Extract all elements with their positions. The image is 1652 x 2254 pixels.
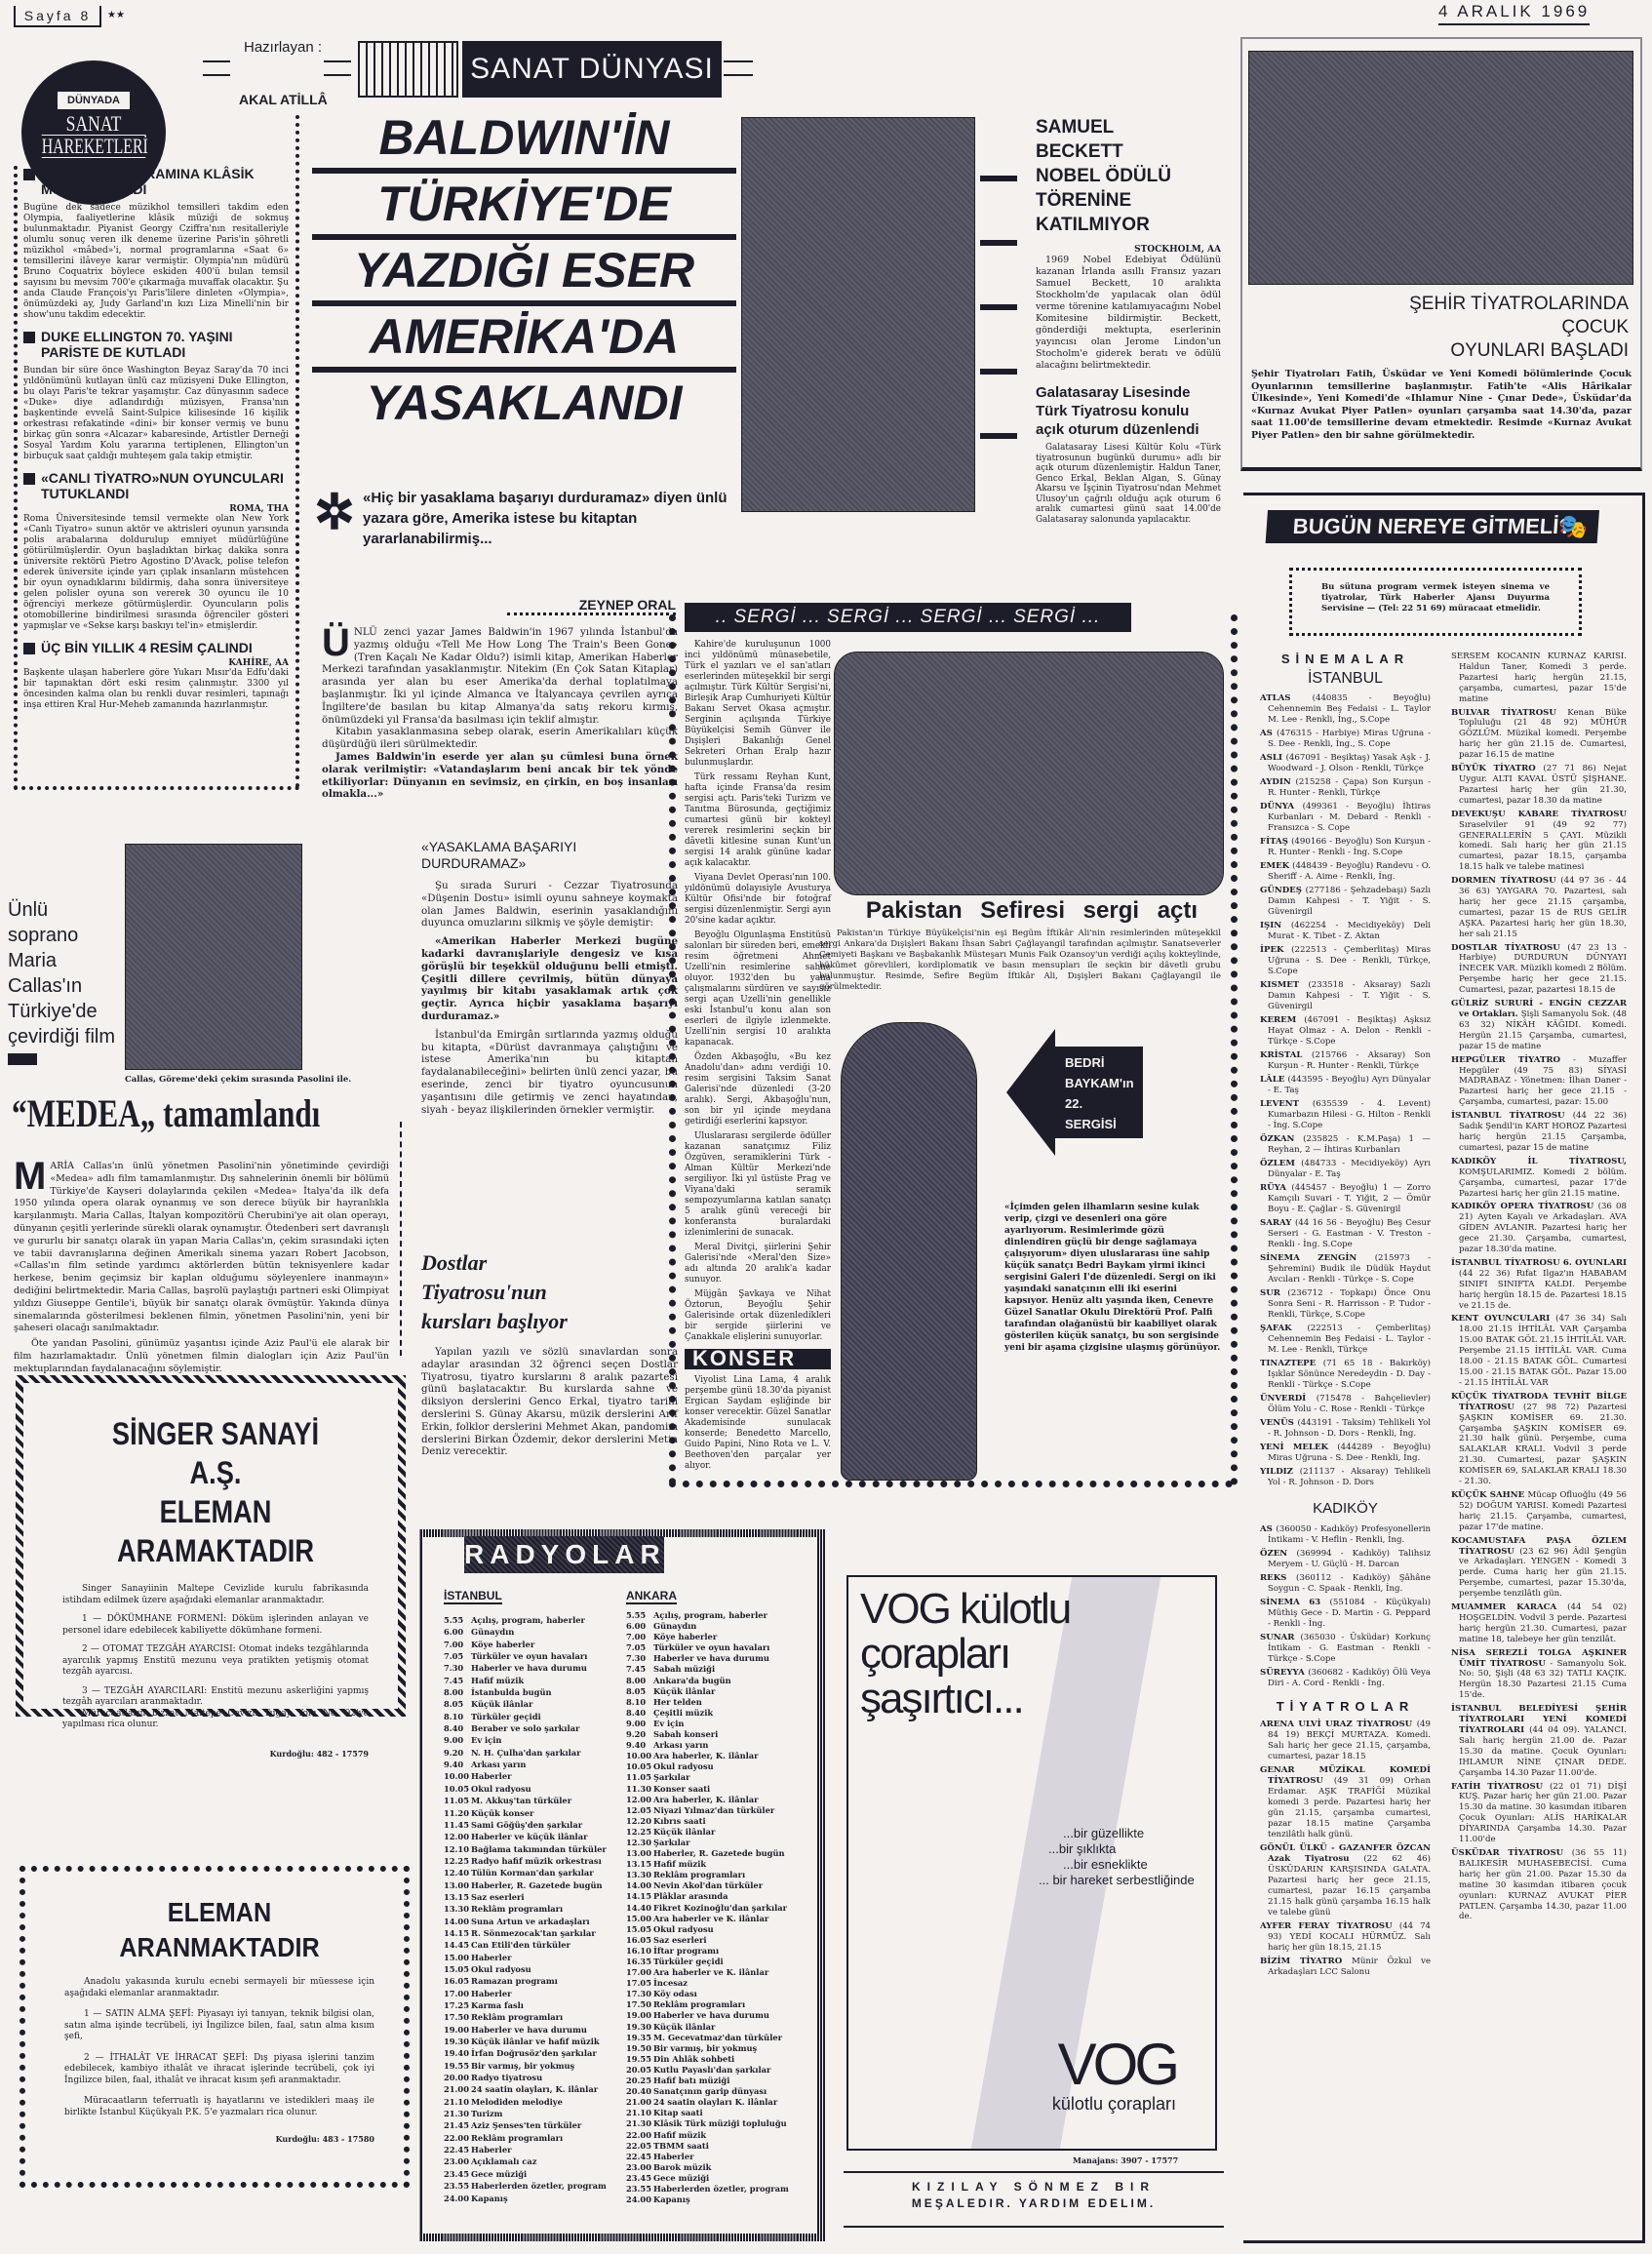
radio-row: 12.00Haberler ve küçük ilânlar — [444, 1831, 624, 1842]
radio-program: Günaydın — [653, 1621, 696, 1631]
radio-program: Haberlerden özetler, program — [653, 2184, 789, 2194]
radio-program: TBMM saati — [653, 2141, 709, 2151]
listing-entry: KÜÇÜK TİYATRODA TEVHİT BİLGE TİYATROSU (… — [1451, 1392, 1627, 1487]
radio-time: 6.00 — [444, 1626, 471, 1638]
radio-row: 10.00Haberler — [444, 1770, 624, 1782]
radio-row: 22.05TBMM saati — [626, 2141, 816, 2152]
listing-entry: BİZİM TİYATRO Münir Özkul ve Arkadaşları… — [1260, 1957, 1431, 1978]
radio-time: 8.40 — [626, 1708, 653, 1719]
listing-entry: VENÜS (443191 - Taksim) Tehlikeli Yol - … — [1260, 1418, 1431, 1440]
radio-program: Reklâm programları — [471, 2133, 563, 2143]
radio-row: 5.55Açılış, program, haberler — [626, 1610, 816, 1621]
radio-row: 9.20Sabah konseri — [626, 1729, 816, 1740]
listing-entry: ÜSKÜDAR TİYATROSU (36 55 11) BALIKESİR M… — [1451, 1848, 1627, 1922]
dostlar-article: Dostlar Tiyatrosu'nun kursları başlıyor … — [421, 1248, 678, 1458]
page-label-box: Sayfa 8 — [14, 6, 101, 27]
listing-entry: ASLI (467091 - Beşiktaş) Yasak Aşk - J. … — [1260, 753, 1431, 774]
listing-name: AS — [1260, 729, 1277, 738]
radio-row: 8.10Her telden — [626, 1697, 816, 1708]
listing-entry: FATİH TİYATROSU (22 01 71) DİŞİ KUŞ. Paz… — [1451, 1782, 1627, 1845]
radio-program: Ankara'da bugün — [653, 1676, 731, 1685]
listing-entry: MUAMMER KARACA (44 54 02) HOŞGELDİN. Vod… — [1451, 1602, 1627, 1645]
radio-program: Küçük ilânlar ve hafif müzik — [471, 2037, 600, 2046]
listing-entry: SÜREYYA (360682 - Kadıköy) Ölü Veya Diri… — [1260, 1668, 1431, 1689]
radio-program: Radyo hafif müzik orkestrası — [471, 1856, 602, 1866]
sergi-dotted-bottom — [669, 1481, 1233, 1487]
triple-rule-left — [203, 60, 230, 76]
radio-row: 9.20N. H. Çulha'dan şarkılar — [444, 1747, 624, 1759]
radio-program: Ara haberler, K. ilânlar — [653, 1751, 759, 1760]
radio-time: 7.30 — [444, 1662, 471, 1674]
radio-time: 7.30 — [626, 1653, 653, 1664]
radio-program: Çeşitli müzik — [653, 1708, 713, 1718]
radio-row: 15.05Okul radyosu — [626, 1924, 816, 1935]
listing-info: (36 55 11) BALIKESİR MUHASEBECİSİ. Cuma … — [1459, 1848, 1627, 1921]
baldwin-body-2: Kitabın yasaklanmasına sebep olarak, ese… — [322, 726, 678, 751]
radio-row: 17.00Ara haberler ve K. ilânlar — [626, 1967, 816, 1978]
radio-time: 10.05 — [444, 1783, 471, 1795]
radio-row: 9.00Ev için — [444, 1734, 624, 1746]
radio-program: Karma faslı — [471, 2000, 524, 2010]
listing-entry: NİSA SEREZLİ TOLGA AŞKINER ÜMİT TİYATROS… — [1451, 1648, 1627, 1702]
listing-name: TINAZTEPE — [1260, 1359, 1323, 1368]
radio-time: 24.00 — [626, 2195, 653, 2205]
singer-intro: Singer Sanayiinin Maltepe Cevizlide kuru… — [62, 1584, 369, 1606]
galatasaray-body: Galatasaray Lisesi Kültür Kolu «Türk tiy… — [1036, 443, 1221, 525]
radio-row: 22.00Reklâm programları — [444, 2132, 624, 2144]
radio-time: 17.00 — [444, 1988, 471, 1999]
baldwin-article-col2: «YASAKLAMA BAŞARIYI DURDURAMAZ» Şu sırad… — [421, 839, 678, 1116]
radio-program: İftar programı — [653, 1946, 719, 1956]
radio-program: Tülün Korman'dan şarkılar — [471, 1868, 594, 1878]
listing-entry: SİNEMA 63 (551084 - Küçükyalı) Müthiş Ge… — [1260, 1598, 1431, 1630]
radio-time: 19.40 — [444, 2047, 471, 2059]
radio-row: 22.45Haberler — [444, 2144, 624, 2155]
radio-time: 12.25 — [626, 1827, 653, 1838]
beckett-headline: SAMUEL BECKETT NOBEL ÖDÜLÜ TÖRENİNE KATI… — [1036, 115, 1172, 237]
radio-row: 9.00Ev için — [626, 1719, 816, 1729]
listing-entry: İSTANBUL TİYATROSU (44 22 36) Sadık Şend… — [1451, 1111, 1627, 1154]
radio-program: Saz eserleri — [653, 1935, 707, 1945]
listing-entry: FİTAŞ (490166 - Beyoğlu) Son Kurşun - R.… — [1260, 837, 1431, 858]
listing-entry: DÜNYA (499361 - Beyoğlu) İhtiras Kurbanl… — [1260, 802, 1431, 834]
listing-entry: İSTANBUL TİYATROSU 6. OYUNLARI (44 22 36… — [1451, 1258, 1627, 1312]
radio-time: 11.45 — [444, 1819, 471, 1831]
kadikoy-label: KADIKÖY — [1260, 1500, 1431, 1517]
listing-info: KOMŞULARIMIZ. Komedi 2 bölüm. Çarşamba, … — [1459, 1167, 1627, 1199]
radio-time: 15.00 — [444, 1952, 471, 1963]
radio-program: Hafif müzik — [471, 1676, 524, 1685]
radio-row: 11.05Şarkılar — [626, 1772, 816, 1783]
radio-program: Radyo tiyatrosu — [471, 2073, 542, 2082]
radio-time: 17.25 — [444, 1999, 471, 2011]
radio-program: Reklâm programları — [653, 1999, 745, 2009]
radio-program: Turizm — [471, 2109, 502, 2118]
radio-row: 6.00Günaydın — [444, 1626, 624, 1638]
news-item: DUKE ELLINGTON 70. YAŞINI PARİSTE DE KUT… — [23, 329, 289, 462]
news-body: Başkente ulaşan haberlere göre Yukarı Mı… — [23, 668, 289, 711]
news-headline: OLYMPIA PROGRAMINA KLÂSİK MÜZİĞİ DE ALDI — [23, 166, 289, 197]
radio-time: 12.00 — [626, 1795, 653, 1805]
asterisk-icon: ✲ — [314, 488, 355, 536]
radio-program: Haberler — [653, 2152, 693, 2161]
radio-program: Bağlama takımından türküler — [471, 1844, 607, 1854]
radio-program: Haberler — [471, 1771, 511, 1781]
listing-entry: HEPGÜLER TİYATRO - Muzaffer Hepgüler (49… — [1451, 1055, 1627, 1109]
listing-info: (236712 - Topkapı) Önce Onu Sonra Seni -… — [1268, 1288, 1431, 1320]
prepared-by-label: Hazırlayan : — [244, 39, 322, 56]
listing-name: ÖZLEM — [1260, 1159, 1301, 1168]
listing-entry: GENAR MÜZİKAL KOMEDİ TİYATROSU (49 31 09… — [1260, 1765, 1431, 1840]
radio-row: 23.55Haberlerden özetler, program — [444, 2180, 624, 2192]
beckett-body: 1969 Nobel Edebiyat Ödülünü kazanan İrla… — [1036, 255, 1221, 372]
badge-line2: HAREKETLERİ — [42, 135, 146, 158]
eleman-intro: Anadolu yakasında kurulu ecnebi sermayel… — [64, 1977, 374, 1999]
listing-name: BİZİM TİYATRO — [1260, 1957, 1352, 1966]
listing-name: EMEK — [1260, 861, 1292, 871]
radio-program: Konser saati — [653, 1784, 710, 1794]
baldwin-body-4: Şu sırada Sururi - Cezzar Tiyatrosunda «… — [421, 880, 678, 929]
tiyatrolar-label: TİYATROLAR — [1260, 1699, 1431, 1714]
sergi-banner: .. SERGİ ... SERGİ ... SERGİ ... SERGİ .… — [685, 603, 1131, 632]
radio-time: 12.20 — [626, 1816, 653, 1827]
radio-row: 19.00Haberler ve hava durumu — [626, 2010, 816, 2021]
radio-program: Arkası yarın — [653, 1740, 708, 1750]
radio-row: 8.40Çeşitli müzik — [626, 1708, 816, 1719]
radio-row: 24.00Kapanış — [626, 2195, 816, 2205]
radio-row: 8.05Küçük ilânlar — [626, 1686, 816, 1697]
radio-program: Açılış, program, haberler — [653, 1610, 767, 1620]
radio-time: 19.35 — [626, 2033, 653, 2043]
news-body: Bundan bir süre önce Washington Beyaz Sa… — [23, 366, 289, 462]
singer-item: 2 — OTOMAT TEZGÂH AYARCISI: Otomat indek… — [62, 1644, 369, 1679]
radio-program: Gece müziği — [653, 2173, 709, 2183]
radio-time: 15.00 — [626, 1914, 653, 1924]
listing-info: (443595 - Beyoğlu) Ayrı Dünyalar - E. Ta… — [1268, 1075, 1431, 1095]
listing-name: DEVEKUŞU KABARE TİYATROSU — [1451, 810, 1627, 819]
left-box-border-bottom — [14, 786, 299, 790]
radio-time: 10.00 — [626, 1751, 653, 1761]
sehir-body: Şehir Tiyatroları Fatih, Üsküdar ve Yeni… — [1251, 369, 1632, 442]
listing-name: YENİ MELEK — [1260, 1443, 1337, 1452]
medea-body: ARİA Callas'ın ünlü yönetmen Pasolini'ni… — [14, 1161, 389, 1333]
listing-info: (44 22 36) Rıfat Ilgaz'ın HABABAM SINIFI… — [1459, 1269, 1627, 1311]
singer-ad: SİNGER SANAYİ A.Ş. ELEMAN ARAMAKTADIR Si… — [16, 1375, 406, 1717]
radio-row: 20.05Kutlu Payaslı'dan şarkılar — [626, 2065, 816, 2076]
radio-program: Gece müziği — [471, 2169, 527, 2179]
eleman-footer: Müracaatların teferruatlı iş hayatlarını… — [64, 2096, 374, 2118]
galatasaray-headline: Galatasaray Lisesinde Türk Tiyatrosu kon… — [1036, 383, 1221, 439]
listing-entry: IŞIN (462254 - Mecidiyeköy) Deli Murat -… — [1260, 921, 1431, 942]
baldwin-headline: BALDWIN'İN TÜRKİYE'DE YAZDIĞI ESER AMERİ… — [312, 107, 736, 433]
radio-row: 17.25Karma faslı — [444, 1999, 624, 2011]
radio-row: 14.15Plâklar arasında — [626, 1891, 816, 1902]
radio-row: 12.30Şarkılar — [626, 1838, 816, 1848]
radio-program: Küçük konser — [471, 1808, 533, 1818]
listing-name: ŞAFAK — [1260, 1324, 1307, 1333]
radio-program: Haberler ve hava durumu — [653, 1653, 769, 1663]
bugun-notice: Bu sütuna program vermek isteyen sinema … — [1321, 582, 1550, 614]
radio-row: 8.05Küçük ilânlar — [444, 1698, 624, 1710]
radyo-ankara: ANKARA 5.55Açılış, program, haberler6.00… — [626, 1585, 816, 2205]
radio-row: 17.30Köy odası — [626, 1989, 816, 1999]
radio-program: Köy odası — [653, 1989, 697, 1998]
radio-program: 24 saatin olayları, K. ilânlar — [471, 2084, 598, 2094]
listing-entry: YENİ MELEK (444289 - Beyoğlu) Miras Uğru… — [1260, 1443, 1431, 1464]
radio-time: 14.00 — [626, 1880, 653, 1891]
radio-row: 8.00İstanbulda bugün — [444, 1686, 624, 1698]
radio-row: 17.05İncesaz — [626, 1978, 816, 1989]
cinema-list-kadikoy: AS (360050 - Kadıköy) Profesyonellerin İ… — [1260, 1524, 1431, 1689]
listing-entry: RÜYA (445457 - Beyoğlu) 1 — Zorro Kamçıl… — [1260, 1183, 1431, 1215]
radio-program: Haberler ve hava durumu — [471, 2025, 587, 2035]
radio-row: 11.45Sami Göğüş'den şarkılar — [444, 1819, 624, 1831]
radio-row: 20.00Radyo tiyatrosu — [444, 2072, 624, 2083]
radio-program: Haberler — [471, 2145, 511, 2155]
listing-name: ARENA ULVİ URAZ TİYATROSU — [1260, 1720, 1417, 1729]
listing-info: SERSEM KOCANIN KURNAZ KARISI. Haldun Tan… — [1451, 652, 1627, 704]
listing-entry: DOSTLAR TİYATROSU (47 23 13 - Harbiye) D… — [1451, 943, 1627, 997]
sergi-item: Viyana Devlet Operası'nın 100. yıldönümü… — [685, 873, 831, 927]
listing-entry: GÜNDEŞ (277186 - Şehzadebaşı) Sazlı Damı… — [1260, 886, 1431, 918]
bullet-square-icon — [23, 332, 35, 343]
listing-name: DORMEN TİYATROSU — [1451, 876, 1560, 886]
byline: ZEYNEP ORAL — [507, 597, 676, 615]
radio-time: 9.40 — [444, 1759, 471, 1770]
radio-program: R. Sönmezocak'tan şarkılar — [471, 1928, 596, 1938]
listing-entry: SERSEM KOCANIN KURNAZ KARISI. Haldun Tan… — [1451, 652, 1627, 705]
listing-entry: ARENA ULVİ URAZ TİYATROSU (49 84 19) BEK… — [1260, 1720, 1431, 1762]
radio-time: 7.45 — [444, 1675, 471, 1686]
radio-program: Sabah müziği — [653, 1664, 715, 1674]
radio-program: Kapanış — [471, 2194, 508, 2203]
radio-time: 21.10 — [626, 2108, 653, 2118]
radio-row: 9.40Arkası yarın — [626, 1740, 816, 1751]
singer-title-1: SİNGER SANAYİ A.Ş. — [86, 1414, 346, 1492]
radio-time: 20.00 — [444, 2072, 471, 2083]
radio-row: 13.00Haberler, R. Gazetede bugün — [626, 1848, 816, 1859]
news-headline: «CANLI TİYATRO»NUN OYUNCULARI TUTUKLANDI — [23, 470, 289, 501]
baldwin-body-1: NLÜ zenci yazar James Baldwin'in 1967 yı… — [322, 626, 678, 726]
baykam-body: «İçimden gelen ilhamların sesine kulak v… — [1004, 1202, 1224, 1354]
radio-time: 20.40 — [626, 2086, 653, 2097]
radio-program: Beraber ve solo şarkılar — [471, 1723, 579, 1733]
radio-row: 5.55Açılış, program, haberler — [444, 1614, 624, 1626]
radio-program: Plâklar arasında — [653, 1891, 728, 1901]
radio-program: İstanbulda bugün — [471, 1687, 552, 1697]
radio-time: 13.30 — [444, 1903, 471, 1915]
listing-name: FİTAŞ — [1260, 837, 1291, 847]
listing-name: VENÜS — [1260, 1418, 1297, 1428]
singer-footer: Müracaatların bizzat Maltepe Cevizli Tug… — [62, 1709, 369, 1731]
listing-name: LÂLE — [1260, 1075, 1287, 1085]
listing-entry: DEVEKUŞU KABARE TİYATROSU Sıraselviler 9… — [1451, 810, 1627, 873]
radio-program: Fikret Kozinoğlu'dan şarkılar — [653, 1903, 787, 1913]
triple-rule-mid — [324, 60, 351, 76]
news-headline: ÜÇ BİN YILLIK 4 RESİM ÇALINDI — [23, 640, 289, 655]
radio-program: Haberler — [471, 1953, 511, 1962]
listing-info: (448439 - Beyoğlu) Randevu - O. Sheriff … — [1268, 861, 1431, 882]
radio-row: 9.40Arkası yarın — [444, 1759, 624, 1770]
bullet-square-icon — [23, 169, 35, 180]
radio-row: 17.50Reklâm programları — [626, 1999, 816, 2010]
dropcap: M — [14, 1161, 46, 1192]
radio-row: 21.0024 saatin olayları K. ilânlar — [626, 2097, 816, 2108]
radio-row: 20.25Hafif batı müziği — [626, 2076, 816, 2086]
baldwin-body-5: «Amerikan Haberler Merkezi bugüne kadark… — [421, 935, 678, 1023]
radio-program: Hafif müzik — [653, 2130, 706, 2140]
radio-time: 13.15 — [626, 1859, 653, 1870]
listing-info: (27 98 72) Pazartesi ŞAŞKIN KOMİSER 69. … — [1459, 1403, 1627, 1486]
theatre-list-right: SERSEM KOCANIN KURNAZ KARISI. Haldun Tan… — [1451, 652, 1627, 1922]
vog-agency: Manajans: 3907 - 17577 — [1073, 2155, 1178, 2165]
radio-time: 19.30 — [444, 2036, 471, 2047]
dostlar-headline: Dostlar Tiyatrosu'nun kursları başlıyor — [421, 1248, 616, 1336]
radio-time: 11.30 — [626, 1784, 653, 1795]
radio-program: N. H. Çulha'dan şarkılar — [471, 1748, 581, 1758]
radio-program: Haberler ve hava durumu — [471, 1663, 587, 1673]
radio-row: 19.50Bir varmış, bir yokmuş — [626, 2043, 816, 2054]
radio-time: 21.45 — [444, 2119, 471, 2131]
radio-program: Reklâm programları — [471, 1904, 563, 1914]
cinema-list-istanbul: ATLAS (440835 - Beyoğlu) Cehennemin Beş … — [1260, 693, 1431, 1488]
listing-entry: YILDIZ (211137 - Aksaray) Tehlikeli Yol … — [1260, 1467, 1431, 1488]
listing-name: YILDIZ — [1260, 1467, 1300, 1477]
radio-row: 8.10Türküler geçidi — [444, 1711, 624, 1722]
kizilay-rule-bottom — [844, 2226, 1224, 2228]
radio-row: 7.45Sabah müziği — [626, 1664, 816, 1675]
radio-row: 21.30Turizm — [444, 2108, 624, 2119]
radio-program: Türküler ve oyun havaları — [653, 1642, 769, 1652]
radio-program: Reklâm programları — [471, 2012, 563, 2022]
radio-row: 22.45Haberler — [626, 2152, 816, 2162]
radio-row: 19.00Haberler ve hava durumu — [444, 2024, 624, 2036]
listing-info: (445457 - Beyoğlu) 1 — Zorro Kamçılı Suv… — [1268, 1183, 1431, 1214]
radio-row: 10.05Okul radyosu — [444, 1783, 624, 1795]
radio-row: 21.10Kitap saati — [626, 2108, 816, 2118]
eleman-ad: ELEMAN ARANMAKTADIR Anadolu yakasında ku… — [20, 1866, 410, 2188]
radio-program: Ramazan programı — [471, 1976, 558, 1986]
bugun-title: BUGÜN NEREYE GİTMELİ? — [1266, 510, 1599, 543]
listing-entry: KOCAMUSTAFA PAŞA ÖZLEM TİYATROSU (23 62 … — [1451, 1536, 1627, 1600]
radio-program: Açılış, program, haberler — [471, 1615, 585, 1625]
radio-row: 11.05M. Akkuş'tan türküler — [444, 1795, 624, 1806]
radio-program: Klâsik Türk müziği topluluğu — [653, 2118, 787, 2128]
listing-info: (222513 - Çemberlitaş) Miras Uğruna - S.… — [1268, 945, 1431, 976]
radio-time: 8.05 — [444, 1698, 471, 1710]
listing-name: SUR — [1260, 1288, 1287, 1298]
radio-time: 11.05 — [626, 1772, 653, 1783]
radio-row: 13.15Saz eserleri — [444, 1891, 624, 1903]
listing-name: GÜNDEŞ — [1260, 886, 1306, 895]
listing-name: DOSTLAR TİYATROSU — [1451, 943, 1567, 953]
radio-time: 19.00 — [444, 2024, 471, 2036]
radio-program: Okul radyosu — [653, 1924, 714, 1934]
radio-time: 19.30 — [626, 2022, 653, 2033]
radio-time: 12.30 — [626, 1838, 653, 1848]
left-box-border-left — [14, 166, 18, 790]
listing-name: RÜYA — [1260, 1183, 1291, 1193]
sinemalar-label: SİNEMALAR — [1260, 652, 1431, 666]
radio-row: 16.05Saz eserleri — [626, 1935, 816, 1946]
sehir-headline: ŞEHİR TİYATROLARINDA ÇOCUK OYUNLARI BAŞL… — [1365, 293, 1629, 363]
baykam-arrow: BEDRİ BAYKAM'ın 22. SERGİSİ — [1006, 1029, 1192, 1156]
radio-program: Kapanış — [653, 2195, 690, 2204]
radio-time: 9.20 — [444, 1747, 471, 1759]
radio-time: 8.00 — [444, 1686, 471, 1698]
listing-name: BULVAR TİYATROSU — [1451, 708, 1567, 718]
radio-time: 19.55 — [626, 2054, 653, 2065]
radio-time: 19.00 — [626, 2010, 653, 2021]
radio-time: 23.00 — [626, 2162, 653, 2173]
bullet-square-icon — [23, 643, 35, 654]
radio-time: 12.05 — [626, 1805, 653, 1816]
radio-time: 12.10 — [444, 1843, 471, 1855]
triple-rule-right — [724, 60, 753, 76]
beckett-article: SAMUEL BECKETT NOBEL ÖDÜLÜ TÖRENİNE KATI… — [1036, 115, 1221, 525]
radio-program: Melodiden melodiye — [471, 2097, 563, 2107]
children-play-photo — [1248, 51, 1633, 285]
radio-program: Küçük ilânlar — [653, 2022, 715, 2032]
listing-name: KRİSTAL — [1260, 1050, 1312, 1060]
radio-row: 21.30Klâsik Türk müziği topluluğu — [626, 2118, 816, 2129]
radio-program: Küçük ilânlar — [653, 1827, 715, 1837]
radio-program: Türküler geçidi — [471, 1712, 541, 1721]
radio-row: 19.55Din Ahlâk sohbeti — [626, 2054, 816, 2065]
konser-body: Viyolist Lina Lama, 4 aralık perşembe gü… — [685, 1375, 831, 1472]
radio-program: Okul radyosu — [471, 1964, 531, 1974]
listing-name: AYDIN — [1260, 777, 1296, 787]
radio-program: Haberler — [471, 1989, 511, 1998]
radio-row: 16.35Türküler geçidi — [626, 1957, 816, 1967]
listing-info: (360050 - Kadıköy) Profesyonellerin İnti… — [1268, 1524, 1431, 1545]
radyolar-title: RADYOLAR — [464, 1536, 664, 1573]
pakistan-photo — [834, 652, 1224, 895]
listing-entry: ÖZLEM (484733 - Mecidiyeköy) Ayrı Dünyal… — [1260, 1159, 1431, 1180]
radio-program: Kitap saati — [653, 2108, 703, 2117]
listing-entry: AYDIN (215258 - Çapa) Son Kurşun - R. Hu… — [1260, 777, 1431, 799]
radio-program: Açıklamalı caz — [471, 2156, 536, 2166]
listing-name: SİNEMA 63 — [1260, 1598, 1330, 1607]
vog-headline: VOG külotlu çorapları şaşırtıcı... — [860, 1587, 1153, 1721]
radio-time: 7.05 — [444, 1650, 471, 1662]
radio-time: 14.00 — [444, 1916, 471, 1927]
radio-program: İrfan Doğrusöz'den şarkılar — [471, 2048, 597, 2058]
baldwin-subhead-2: «YASAKLAMA BAŞARIYI DURDURAMAZ» — [421, 839, 678, 872]
radio-program: Ara haberler ve K. ilânlar — [653, 1914, 768, 1923]
radio-time: 13.30 — [626, 1870, 653, 1880]
theatre-list-left: ARENA ULVİ URAZ TİYATROSU (49 84 19) BEK… — [1260, 1720, 1431, 1978]
baldwin-body-6: İstanbul'da Emirgân sırtlarında yazmış o… — [421, 1029, 678, 1117]
radio-row: 14.15R. Sönmezocak'tan şarkılar — [444, 1927, 624, 1939]
radio-time: 7.00 — [626, 1632, 653, 1642]
sergi-dotted-left — [669, 614, 676, 1485]
radio-time: 23.45 — [626, 2173, 653, 2184]
radio-time: 15.05 — [626, 1924, 653, 1935]
radio-time: 21.00 — [444, 2083, 471, 2095]
radio-time: 8.00 — [626, 1676, 653, 1686]
badge-top: DÜNYADA — [58, 92, 130, 109]
listing-entry: LÂLE (443595 - Beyoğlu) Ayrı Dünyalar - … — [1260, 1075, 1431, 1096]
vog-brand: VOG — [1058, 2036, 1176, 2094]
radio-program: Sanatçının garip dünyası — [653, 2086, 767, 2096]
listing-name: KADIKÖY OPERA TİYATROSU — [1451, 1202, 1598, 1211]
news-body: Bugüne dek sadece müzikhol temsilleri ta… — [23, 203, 289, 321]
radio-row: 11.30Konser saati — [626, 1784, 816, 1795]
radio-program: Şarkılar — [653, 1772, 690, 1782]
radio-row: 12.10Bağlama takımından türküler — [444, 1843, 624, 1855]
listing-entry: AS (360050 - Kadıköy) Profesyonellerin İ… — [1260, 1524, 1431, 1546]
